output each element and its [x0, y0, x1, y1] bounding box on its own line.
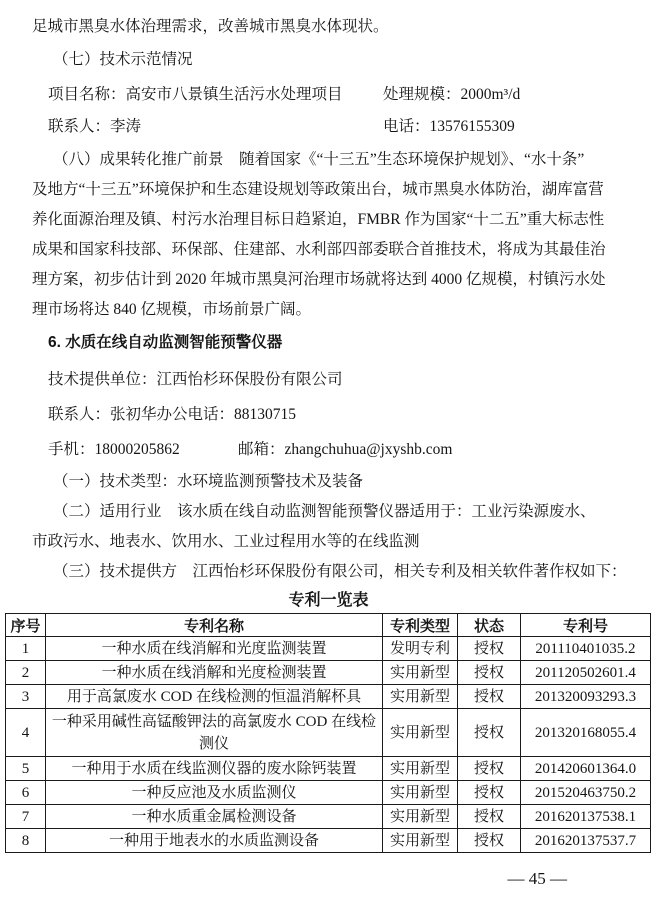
cell-status: 授权: [458, 709, 521, 757]
cell-no: 5: [6, 757, 46, 781]
cell-number: 201620137538.1: [521, 805, 651, 829]
cell-type: 实用新型: [383, 805, 458, 829]
email-address: 邮箱：zhangchuhua@jxyshb.com: [238, 435, 452, 465]
header-status: 状态: [458, 614, 521, 637]
treatment-scale: 处理规模：2000m³/d: [383, 80, 520, 110]
cell-type: 实用新型: [383, 709, 458, 757]
project-name: 项目名称：高安市八景镇生活污水处理项目: [48, 86, 343, 103]
cell-no: 7: [6, 805, 46, 829]
cell-name: 一种反应池及水质监测仪: [46, 781, 383, 805]
section7-heading: （七）技术示范情况: [32, 45, 625, 75]
cell-no: 4: [6, 709, 46, 757]
table-row: 4 一种采用碱性高锰酸钾法的高氯废水 COD 在线检测仪 实用新型 授权 201…: [6, 709, 651, 757]
cell-status: 授权: [458, 757, 521, 781]
cell-number: 201120502601.4: [521, 661, 651, 685]
contact-name: 联系人：李涛: [48, 118, 141, 135]
cell-name: 一种水质重金属检测设备: [46, 805, 383, 829]
header-number: 专利号: [521, 614, 651, 637]
item1-line: （一）技术类型：水环境监测预警技术及装备: [32, 467, 625, 497]
patent-table: 序号 专利名称 专利类型 状态 专利号 1 一种水质在线消解和光度监测装置 发明…: [5, 613, 651, 853]
cell-number: 201110401035.2: [521, 637, 651, 661]
table-header-row: 序号 专利名称 专利类型 状态 专利号: [6, 614, 651, 637]
contact-row: 联系人：李涛 电话：13576155309: [32, 112, 625, 142]
contact-phone: 电话：13576155309: [383, 112, 515, 142]
cell-status: 授权: [458, 661, 521, 685]
cell-status: 授权: [458, 805, 521, 829]
cell-status: 授权: [458, 637, 521, 661]
paragraph-line: 理市场将达 840 亿规模，市场前景广阔。: [32, 295, 625, 325]
table-row: 3 用于高氯废水 COD 在线检测的恒温消解杯具 实用新型 授权 2013200…: [6, 685, 651, 709]
cell-number: 201420601364.0: [521, 757, 651, 781]
table-row: 6 一种反应池及水质监测仪 实用新型 授权 201520463750.2: [6, 781, 651, 805]
item3-line: （三）技术提供方 江西怡杉环保股份有限公司，相关专利及相关软件著作权如下：: [32, 557, 625, 587]
cell-name: 一种用于地表水的水质监测设备: [46, 829, 383, 853]
header-no: 序号: [6, 614, 46, 637]
table-row: 2 一种水质在线消解和光度检测装置 实用新型 授权 201120502601.4: [6, 661, 651, 685]
patent-table-title: 专利一览表: [32, 589, 625, 613]
header-name: 专利名称: [46, 614, 383, 637]
provider-line: 技术提供单位：江西怡杉环保股份有限公司: [32, 365, 625, 395]
section6-heading: 6. 水质在线自动监测智能预警仪器: [32, 328, 625, 358]
cell-type: 实用新型: [383, 661, 458, 685]
cell-number: 201620137537.7: [521, 829, 651, 853]
cell-name: 一种用于水质在线监测仪器的废水除钙装置: [46, 757, 383, 781]
cell-number: 201320168055.4: [521, 709, 651, 757]
cell-no: 6: [6, 781, 46, 805]
paragraph-line: （八）成果转化推广前景 随着国家《“十三五”生态环境保护规划》、“水十条”: [32, 145, 625, 175]
cell-type: 发明专利: [383, 637, 458, 661]
page-number: — 45 —: [32, 868, 625, 890]
paragraph-line: （二）适用行业 该水质在线自动监测智能预警仪器适用于：工业污染源废水、: [32, 497, 625, 527]
cell-name: 一种采用碱性高锰酸钾法的高氯废水 COD 在线检测仪: [46, 709, 383, 757]
header-type: 专利类型: [383, 614, 458, 637]
table-row: 8 一种用于地表水的水质监测设备 实用新型 授权 201620137537.7: [6, 829, 651, 853]
mobile-number: 手机：18000205862: [48, 441, 180, 458]
paragraph-line: 及地方“十三五”环境保护和生态建设规划等政策出台，城市黑臭水体防治，湖库富营: [32, 175, 625, 205]
cell-name: 一种水质在线消解和光度检测装置: [46, 661, 383, 685]
table-row: 1 一种水质在线消解和光度监测装置 发明专利 授权 201110401035.2: [6, 637, 651, 661]
cell-status: 授权: [458, 781, 521, 805]
table-row: 5 一种用于水质在线监测仪器的废水除钙装置 实用新型 授权 2014206013…: [6, 757, 651, 781]
page-body: 足城市黑臭水体治理需求，改善城市黑臭水体现状。 （七）技术示范情况 项目名称：高…: [0, 0, 654, 890]
cell-no: 3: [6, 685, 46, 709]
paragraph-line: 理方案，初步估计到 2020 年城市黑臭河治理市场就将达到 4000 亿规模，村…: [32, 265, 625, 295]
cell-type: 实用新型: [383, 781, 458, 805]
cell-status: 授权: [458, 829, 521, 853]
cell-type: 实用新型: [383, 685, 458, 709]
cell-status: 授权: [458, 685, 521, 709]
mobile-email-row: 手机：18000205862 邮箱：zhangchuhua@jxyshb.com: [32, 435, 625, 465]
table-row: 7 一种水质重金属检测设备 实用新型 授权 201620137538.1: [6, 805, 651, 829]
cell-type: 实用新型: [383, 829, 458, 853]
paragraph-line: 市政污水、地表水、饮用水、工业过程用水等的在线监测: [32, 527, 625, 557]
cell-number: 201520463750.2: [521, 781, 651, 805]
document-page: 足城市黑臭水体治理需求，改善城市黑臭水体现状。 （七）技术示范情况 项目名称：高…: [0, 0, 654, 901]
cell-no: 1: [6, 637, 46, 661]
item2-paragraph: （二）适用行业 该水质在线自动监测智能预警仪器适用于：工业污染源废水、 市政污水…: [32, 497, 625, 557]
cell-no: 2: [6, 661, 46, 685]
cell-no: 8: [6, 829, 46, 853]
section8-paragraph: （八）成果转化推广前景 随着国家《“十三五”生态环境保护规划》、“水十条” 及地…: [32, 145, 625, 325]
paragraph-line: 成果和国家科技部、环保部、住建部、水利部四部委联合首推技术，将成为其最佳治: [32, 235, 625, 265]
project-info-row: 项目名称：高安市八景镇生活污水处理项目 处理规模：2000m³/d: [32, 80, 625, 110]
cell-type: 实用新型: [383, 757, 458, 781]
body-line: 足城市黑臭水体治理需求，改善城市黑臭水体现状。: [32, 12, 625, 42]
contact2-line: 联系人：张初华办公电话：88130715: [32, 400, 625, 430]
cell-name: 用于高氯废水 COD 在线检测的恒温消解杯具: [46, 685, 383, 709]
cell-name: 一种水质在线消解和光度监测装置: [46, 637, 383, 661]
paragraph-line: 养化面源治理及镇、村污水治理目标日趋紧迫，FMBR 作为国家“十二五”重大标志性: [32, 205, 625, 235]
cell-number: 201320093293.3: [521, 685, 651, 709]
